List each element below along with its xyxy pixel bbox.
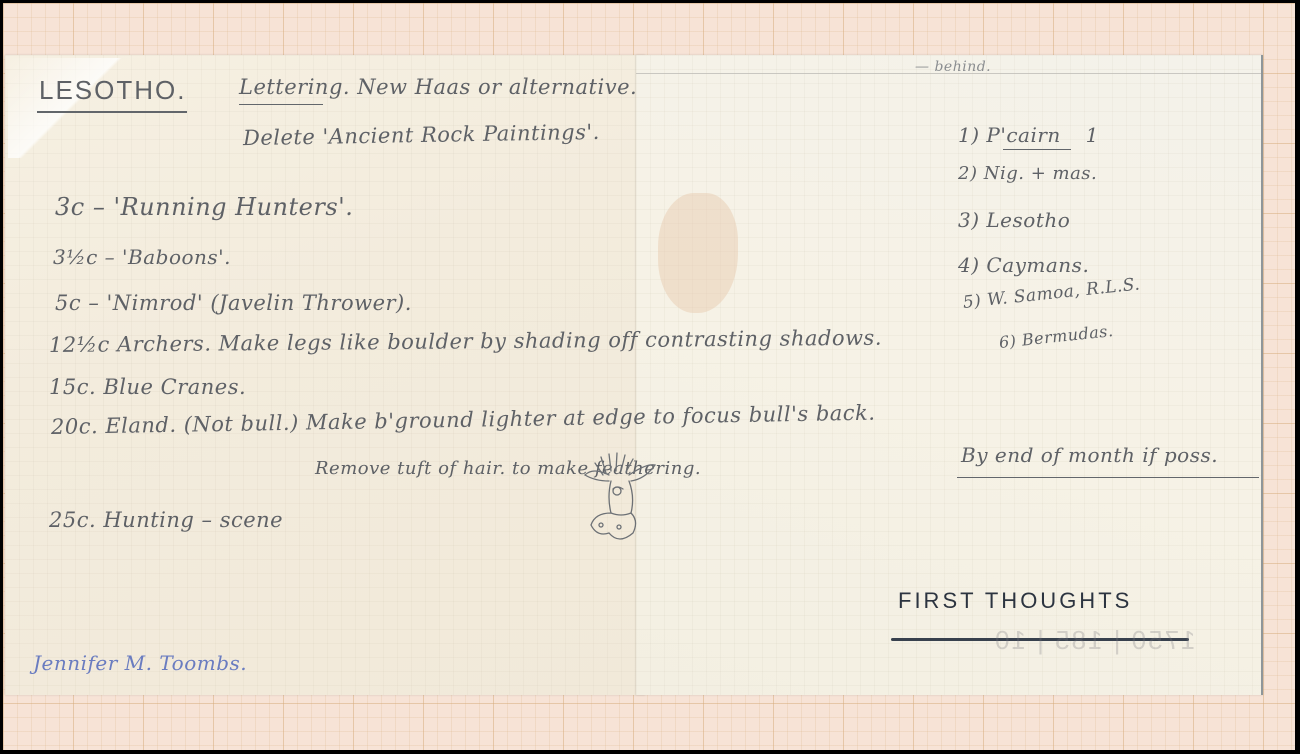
signature: Jennifer M. Toombs.: [33, 651, 247, 675]
tape-fold: [8, 58, 128, 158]
eland-head-sketch: [581, 451, 671, 547]
pcairn-underline: [1003, 149, 1071, 150]
deadline-note: By end of month if poss.: [961, 443, 1218, 467]
lettering-underline: [239, 104, 323, 105]
deadline-underline: [957, 477, 1259, 478]
priority-item-4: 4) Caymans.: [958, 253, 1089, 277]
stamp-item-15c: 15c. Blue Cranes.: [49, 375, 246, 399]
stamp-item-25c: 25c. Hunting – scene: [49, 508, 283, 532]
priority-item-1: 1) P'cairn 1: [958, 123, 1099, 147]
scan-frame: LESOTHO. Lettering. New Haas or alternat…: [3, 3, 1295, 750]
stamp-item-3c: 3c – 'Running Hunters'.: [55, 193, 353, 221]
stamp-item-5c: 5c – 'Nimrod' (Javelin Thrower).: [55, 291, 412, 315]
stamp-item-3-5c: 3½c – 'Baboons'.: [53, 245, 231, 269]
behind-note: — behind.: [915, 59, 991, 75]
first-thoughts-label: FIRST THOUGHTS: [898, 588, 1132, 614]
paper-stain: [658, 193, 738, 313]
reverse-stamp-showthrough: 1750 | 185 | 10: [993, 625, 1196, 656]
lettering-note: Lettering. New Haas or alternative.: [239, 75, 637, 99]
priority-item-2: 2) Nig. + mas.: [958, 163, 1097, 184]
priority-item-3: 3) Lesotho: [958, 208, 1070, 232]
document-title: LESOTHO.: [39, 75, 186, 106]
title-underline: [37, 111, 187, 113]
